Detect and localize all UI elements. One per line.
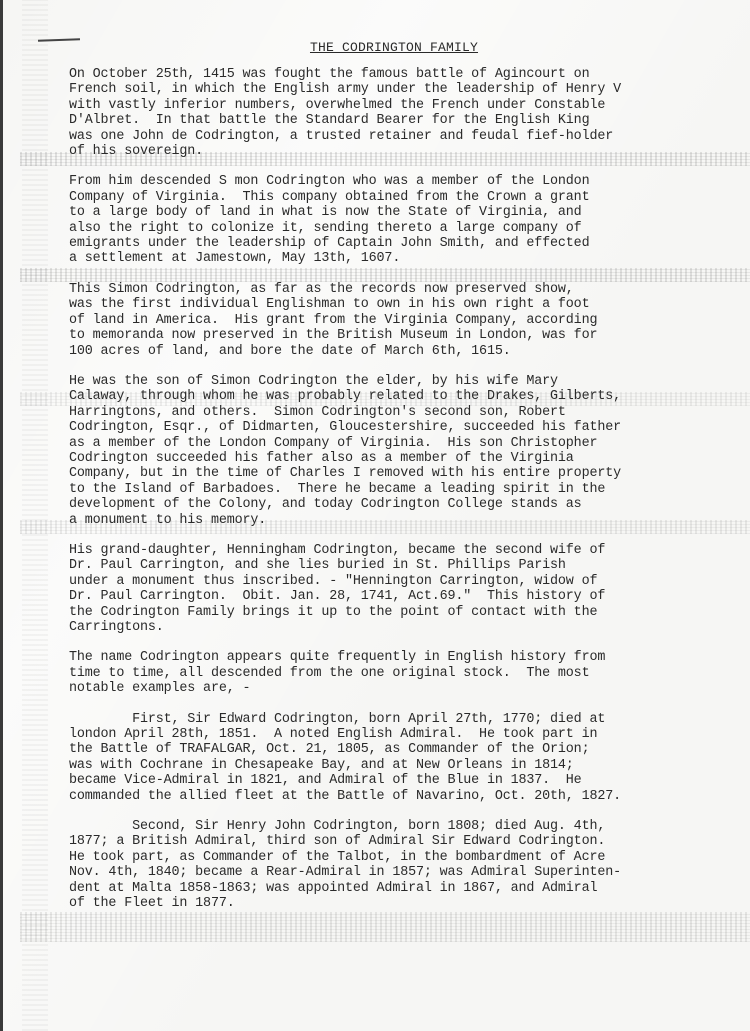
text-line: He took part, as Commander of the Talbot…	[69, 850, 729, 865]
text-line: French soil, in which the English army u…	[69, 82, 729, 97]
text-line: Codrington, Esqr., of Didmarten, Glouces…	[69, 420, 729, 435]
text-line: This Simon Codrington, as far as the rec…	[69, 282, 729, 297]
text-line: From him descended S mon Codrington who …	[69, 174, 729, 189]
text-line: as a member of the London Company of Vir…	[69, 436, 729, 451]
text-line: dent at Malta 1858-1863; was appointed A…	[69, 881, 729, 896]
text-line: commanded the allied fleet at the Battle…	[69, 789, 729, 804]
text-line: On October 25th, 1415 was fought the fam…	[69, 67, 729, 82]
text-line: His grand-daughter, Henningham Codringto…	[69, 543, 729, 558]
text-line: Harringtons, and others. Simon Codringto…	[69, 405, 729, 420]
scanned-page: THE CODRINGTON FAMILY On October 25th, 1…	[0, 0, 750, 1031]
paragraph-agincourt: On October 25th, 1415 was fought the fam…	[69, 67, 729, 159]
text-line: to the Island of Barbadoes. There he bec…	[69, 482, 729, 497]
text-line: Nov. 4th, 1840; became a Rear-Admiral in…	[69, 865, 729, 880]
paragraph-carrington: His grand-daughter, Henningham Codringto…	[69, 543, 729, 635]
text-line: Company, but in the time of Charles I re…	[69, 466, 729, 481]
document-title: THE CODRINGTON FAMILY	[69, 40, 719, 55]
text-line: First, Sir Edward Codrington, born April…	[69, 712, 729, 727]
text-line: emigrants under the leadership of Captai…	[69, 236, 729, 251]
paragraph-sir-henry-john: Second, Sir Henry John Codrington, born …	[69, 819, 729, 911]
text-line: 100 acres of land, and bore the date of …	[69, 344, 729, 359]
text-line: 1877; a British Admiral, third son of Ad…	[69, 834, 729, 849]
paragraph-first-englishman: This Simon Codrington, as far as the rec…	[69, 282, 729, 359]
text-line: time to time, all descended from the one…	[69, 666, 729, 681]
text-line: the Battle of TRAFALGAR, Oct. 21, 1805, …	[69, 742, 729, 757]
text-line: a monument to his memory.	[69, 513, 729, 528]
text-line: Dr. Paul Carrington. Obit. Jan. 28, 1741…	[69, 589, 729, 604]
text-line: Dr. Paul Carrington, and she lies buried…	[69, 558, 729, 573]
text-line: Company of Virginia. This company obtain…	[69, 190, 729, 205]
text-line: became Vice-Admiral in 1821, and Admiral…	[69, 773, 729, 788]
text-line: with vastly inferior numbers, overwhelme…	[69, 98, 729, 113]
text-line: of his sovereign.	[69, 144, 729, 159]
text-line: development of the Colony, and today Cod…	[69, 497, 729, 512]
scan-edge	[0, 0, 3, 1031]
paragraph-barbadoes: He was the son of Simon Codrington the e…	[69, 374, 729, 528]
text-line: the Codrington Family brings it up to th…	[69, 605, 729, 620]
text-line: was one John de Codrington, a trusted re…	[69, 129, 729, 144]
text-line: notable examples are, -	[69, 681, 729, 696]
text-line: was with Cochrane in Chesapeake Bay, and…	[69, 758, 729, 773]
text-line: under a monument thus inscribed. - "Henn…	[69, 574, 729, 589]
paragraph-simon-london-company: From him descended S mon Codrington who …	[69, 174, 729, 266]
text-line: He was the son of Simon Codrington the e…	[69, 374, 729, 389]
text-line: of land in America. His grant from the V…	[69, 313, 729, 328]
text-line: of the Fleet in 1877.	[69, 896, 729, 911]
text-line: london April 28th, 1851. A noted English…	[69, 727, 729, 742]
paragraph-sir-edward: First, Sir Edward Codrington, born April…	[69, 712, 729, 804]
paragraph-notable-intro: The name Codrington appears quite freque…	[69, 650, 729, 696]
text-line: Second, Sir Henry John Codrington, born …	[69, 819, 729, 834]
text-line: Codrington succeeded his father also as …	[69, 451, 729, 466]
text-line: to a large body of land in what is now t…	[69, 205, 729, 220]
document-body: THE CODRINGTON FAMILY On October 25th, 1…	[69, 40, 729, 927]
text-line: to memoranda now preserved in the Britis…	[69, 328, 729, 343]
text-line: was the first individual Englishman to o…	[69, 297, 729, 312]
text-line: also the right to colonize it, sending t…	[69, 221, 729, 236]
text-line: The name Codrington appears quite freque…	[69, 650, 729, 665]
text-line: a settlement at Jamestown, May 13th, 160…	[69, 251, 729, 266]
text-line: Carringtons.	[69, 620, 729, 635]
text-line: Calaway, through whom he was probably re…	[69, 389, 729, 404]
text-line: D'Albret. In that battle the Standard Be…	[69, 113, 729, 128]
